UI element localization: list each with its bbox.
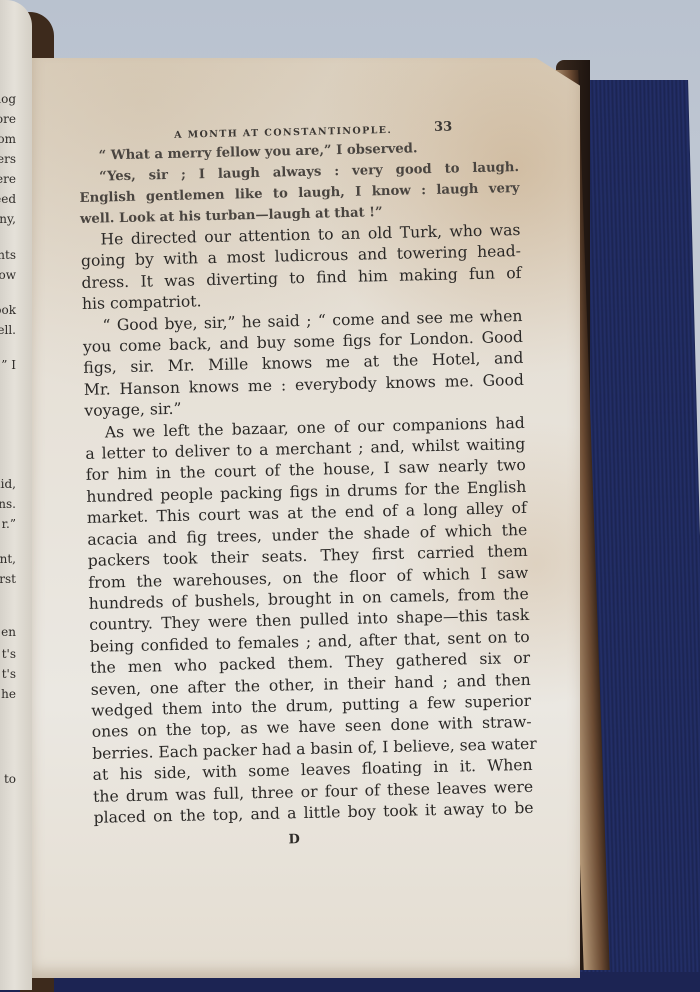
previous-page-fragment: ants (0, 248, 16, 262)
previous-page-fragment: any, (0, 212, 16, 226)
page-number: 33 (434, 120, 452, 135)
book-photo-scene: olognorenomtierswereceedany,antsllowooke… (0, 0, 700, 992)
previous-page-fragment: he (1, 687, 16, 701)
previous-page-fragment: nom (0, 132, 16, 146)
previous-page-text-fragments: olognorenomtierswereceedany,antsllowooke… (0, 0, 16, 990)
previous-page-fragment: aid, (0, 477, 16, 491)
previous-page-fragment: nore (0, 112, 16, 126)
previous-page-fragment: llow (0, 268, 16, 282)
previous-page-fragment: ell. (0, 323, 16, 337)
previous-page-fragment: were (0, 172, 16, 186)
previous-page-fragment: rst (0, 572, 16, 586)
previous-page-fragment: to (4, 772, 16, 786)
previous-page-fragment: en (1, 625, 16, 639)
previous-page-fragment: olog (0, 92, 16, 106)
previous-page-fragment: r.” (2, 517, 16, 531)
previous-page-fragment: t's (2, 647, 16, 661)
previous-page-fragment: t's (2, 667, 16, 681)
previous-page-edge: olognorenomtierswereceedany,antsllowooke… (0, 0, 32, 990)
previous-page-fragment: tiers (0, 152, 16, 166)
page-body-text: “ What a merry fellow you are,” I observ… (78, 136, 533, 829)
running-head-title: A MONTH AT CONSTANTINOPLE. (174, 125, 392, 141)
previous-page-fragment: ook (0, 303, 16, 317)
previous-page-fragment: ns. (0, 497, 16, 511)
previous-page-fragment: nt, (0, 552, 16, 566)
previous-page-fragment: ceed (0, 192, 16, 206)
page-content: A MONTH AT CONSTANTINOPLE. 33 “ What a m… (78, 118, 534, 852)
previous-page-fragment: ” I (1, 358, 16, 372)
